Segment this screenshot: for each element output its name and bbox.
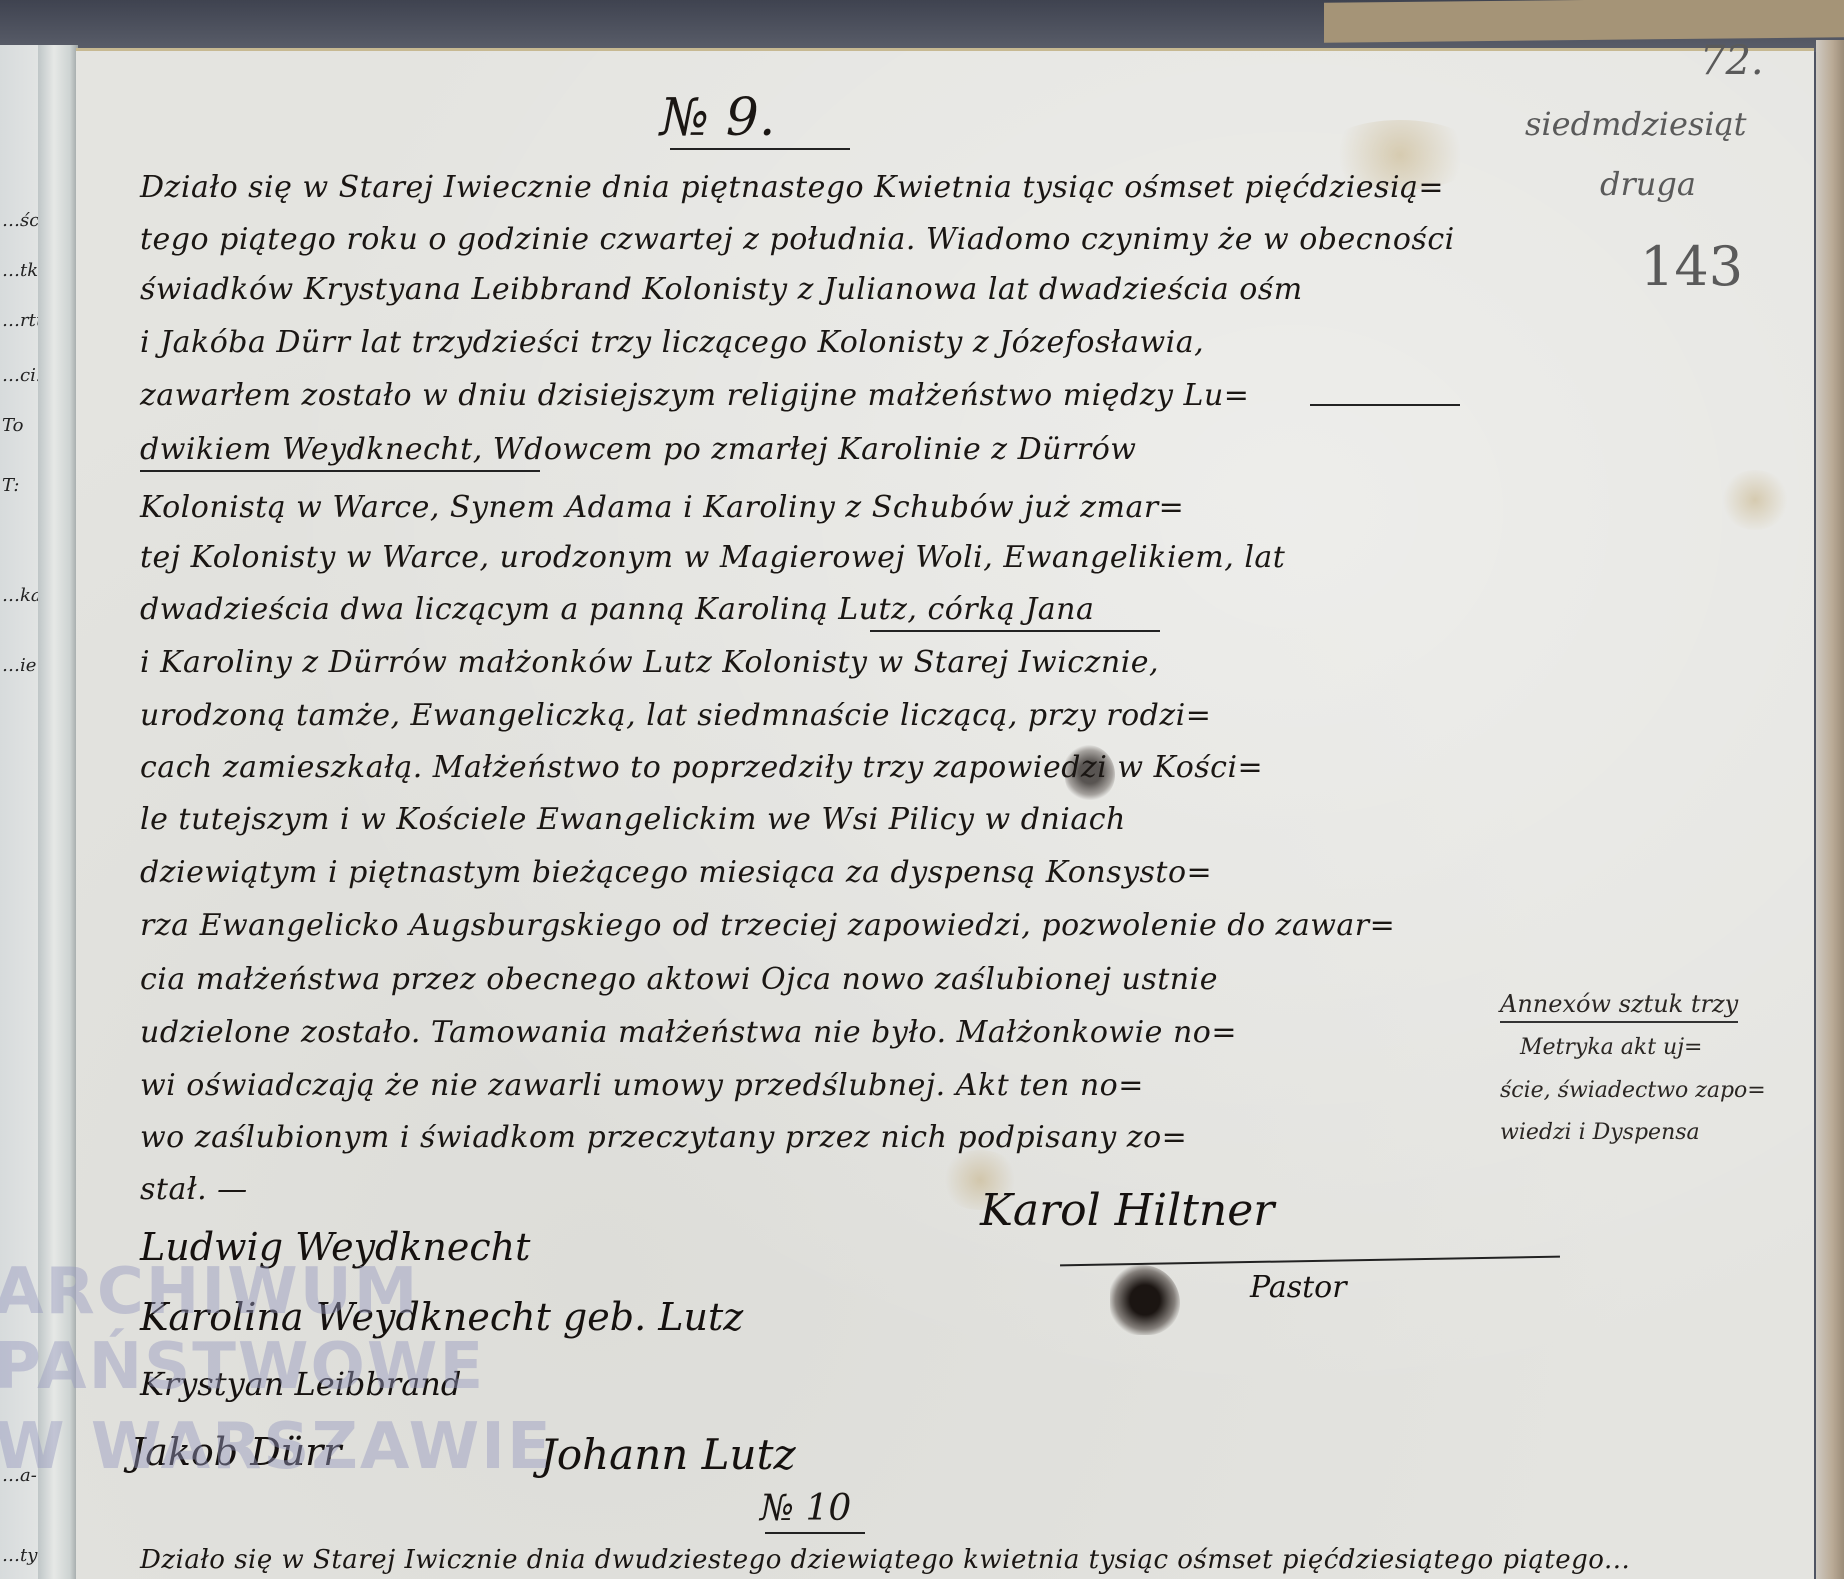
entry-number: № 9. [660, 88, 775, 148]
body-line: urodzoną tamże, Ewangeliczką, lat siedmn… [140, 698, 1211, 733]
margin-note-line: ście, świadectwo zapo= [1500, 1078, 1766, 1103]
watermark-line: ARCHIWUM [0, 1255, 419, 1329]
margin-note-line: wiedzi i Dyspensa [1500, 1120, 1700, 1145]
next-entry-start: Działo się w Starej Iwicznie dnia dwudzi… [140, 1545, 1630, 1575]
left-page-fragment: T: [2, 475, 19, 496]
body-line: świadków Krystyana Leibbrand Kolonisty z… [140, 272, 1303, 307]
body-line: wi oświadczają że nie zawarli umowy prze… [140, 1068, 1144, 1103]
page-edge-right [1816, 40, 1844, 1579]
body-line: tego piątego roku o godzinie czwartej z … [140, 222, 1455, 257]
bride-name-underline [870, 630, 1160, 632]
body-line: Działo się w Starej Iwiecznie dnia piętn… [140, 170, 1444, 205]
body-line: tej Kolonisty w Warce, urodzonym w Magie… [140, 540, 1285, 575]
folio-words-2: druga [1600, 165, 1696, 203]
groom-name-underline-start [1310, 404, 1460, 406]
left-page-fragment: …ci: [2, 365, 42, 386]
background-board [1324, 0, 1844, 43]
margin-note-line: Metryka akt uj= [1520, 1035, 1702, 1060]
body-line: rza Ewangelicko Augsburgskiego od trzeci… [140, 908, 1395, 943]
body-line: wo zaślubionym i świadkom przeczytany pr… [140, 1120, 1187, 1155]
margin-note-heading: Annexów sztuk trzy [1500, 990, 1738, 1023]
body-line: i Jakóba Dürr lat trzydzieści trzy liczą… [140, 325, 1204, 360]
signature-father: Johann Lutz [540, 1430, 796, 1479]
body-line: dziewiątym i piętnastym bieżącego miesią… [140, 855, 1212, 890]
body-line: le tutejszym i w Kościele Ewangelickim w… [140, 802, 1126, 837]
body-line: cach zamieszkałą. Małżeństwo to poprzedz… [140, 750, 1263, 785]
folio-number: 72. [1700, 38, 1764, 84]
body-line: zawarłem zostało w dniu dzisiejszym reli… [140, 378, 1249, 413]
watermark-line: W WARSZAWIE [0, 1410, 553, 1484]
stain [1720, 470, 1790, 530]
body-line: dwadzieścia dwa liczącym a panną Karolin… [140, 592, 1094, 627]
watermark-line: PAŃSTWOWE [0, 1330, 485, 1404]
left-page-fragment: …ie [2, 655, 36, 676]
page-number: 143 [1640, 235, 1743, 298]
pastor-signature: Karol Hiltner [980, 1185, 1274, 1236]
next-entry-underline [765, 1532, 865, 1534]
groom-name-underline [140, 470, 540, 472]
body-line: dwikiem Weydknecht, Wdowcem po zmarłej K… [140, 432, 1136, 467]
body-line: i Karoliny z Dürrów małżonków Lutz Kolon… [140, 645, 1159, 680]
body-line: stał. — [140, 1172, 248, 1207]
entry-number-underline [670, 148, 850, 150]
left-page-fragment: To [2, 415, 23, 436]
pastor-title: Pastor [1250, 1270, 1347, 1305]
left-page-fragment: …ka [2, 585, 42, 606]
next-entry-number: № 10 [760, 1488, 851, 1529]
body-line: Kolonistą w Warce, Synem Adama i Karolin… [140, 490, 1184, 525]
left-page-fragment: …ty [2, 1545, 37, 1566]
body-line: udzielone zostało. Tamowania małżeństwa … [140, 1015, 1237, 1050]
body-line: cia małżeństwa przez obecnego aktowi Ojc… [140, 962, 1218, 997]
folio-words: siedmdziesiąt [1525, 105, 1747, 143]
